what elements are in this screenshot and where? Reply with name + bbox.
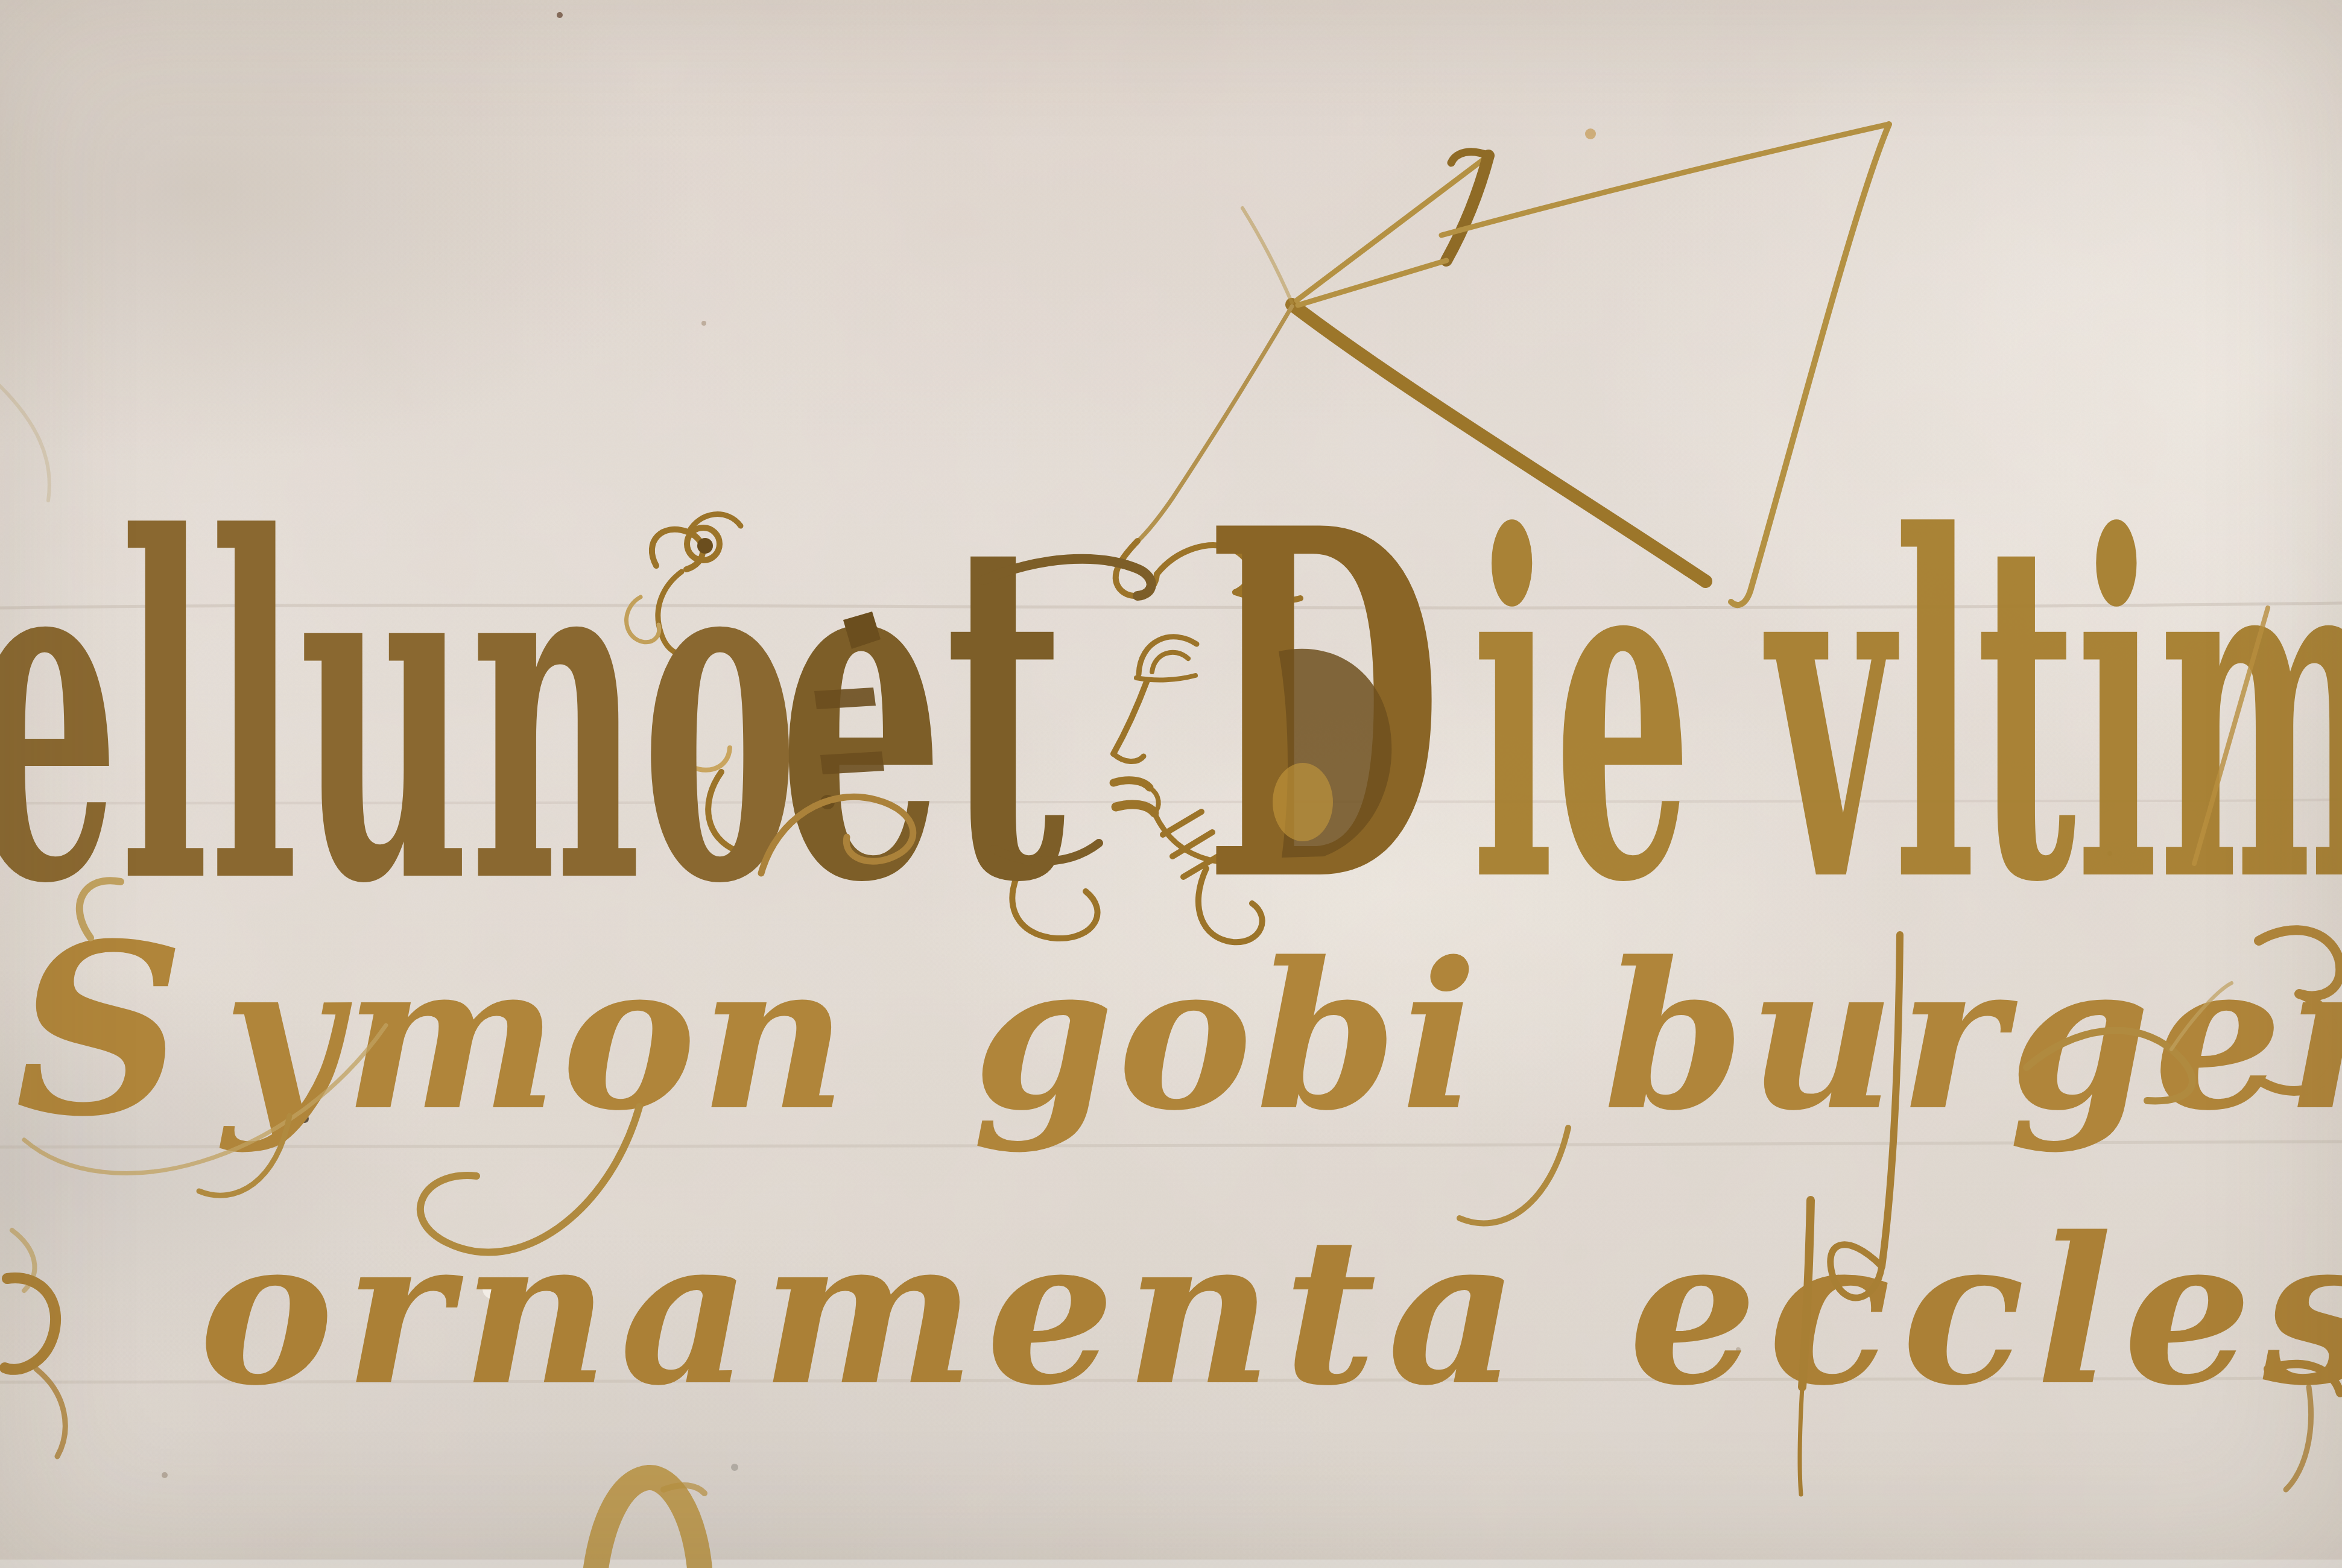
dark-bar-fill xyxy=(814,688,876,709)
D-bowl-gold-blotch xyxy=(1273,763,1333,841)
ink-speck xyxy=(162,1472,168,1478)
photo-bottom-edge-highlight xyxy=(0,1560,2342,1568)
manuscript-ink-layer: elluno et D ie vltima S ymon gobi burgen… xyxy=(0,0,2342,1568)
gray-speck xyxy=(731,1464,738,1471)
gothic-et-ligature: et xyxy=(778,436,1068,985)
dark-bar-fill xyxy=(820,751,884,774)
parchment-photo: elluno et D ie vltima S ymon gobi burgen… xyxy=(0,0,2342,1568)
stain-speck xyxy=(1585,128,1596,139)
cursive-line-2-text: ornamenta ecclesie Ba xyxy=(199,1193,2342,1430)
ink-speck xyxy=(557,12,563,18)
ink-speck xyxy=(701,321,706,326)
long-s-descender-point xyxy=(1800,1387,1802,1494)
cursive-initial-S: S xyxy=(15,892,185,1168)
gothic-word-rest: ie vltima xyxy=(1472,437,2342,985)
cursive-line-1-text: ymon gobi burgensis xyxy=(217,918,2342,1155)
